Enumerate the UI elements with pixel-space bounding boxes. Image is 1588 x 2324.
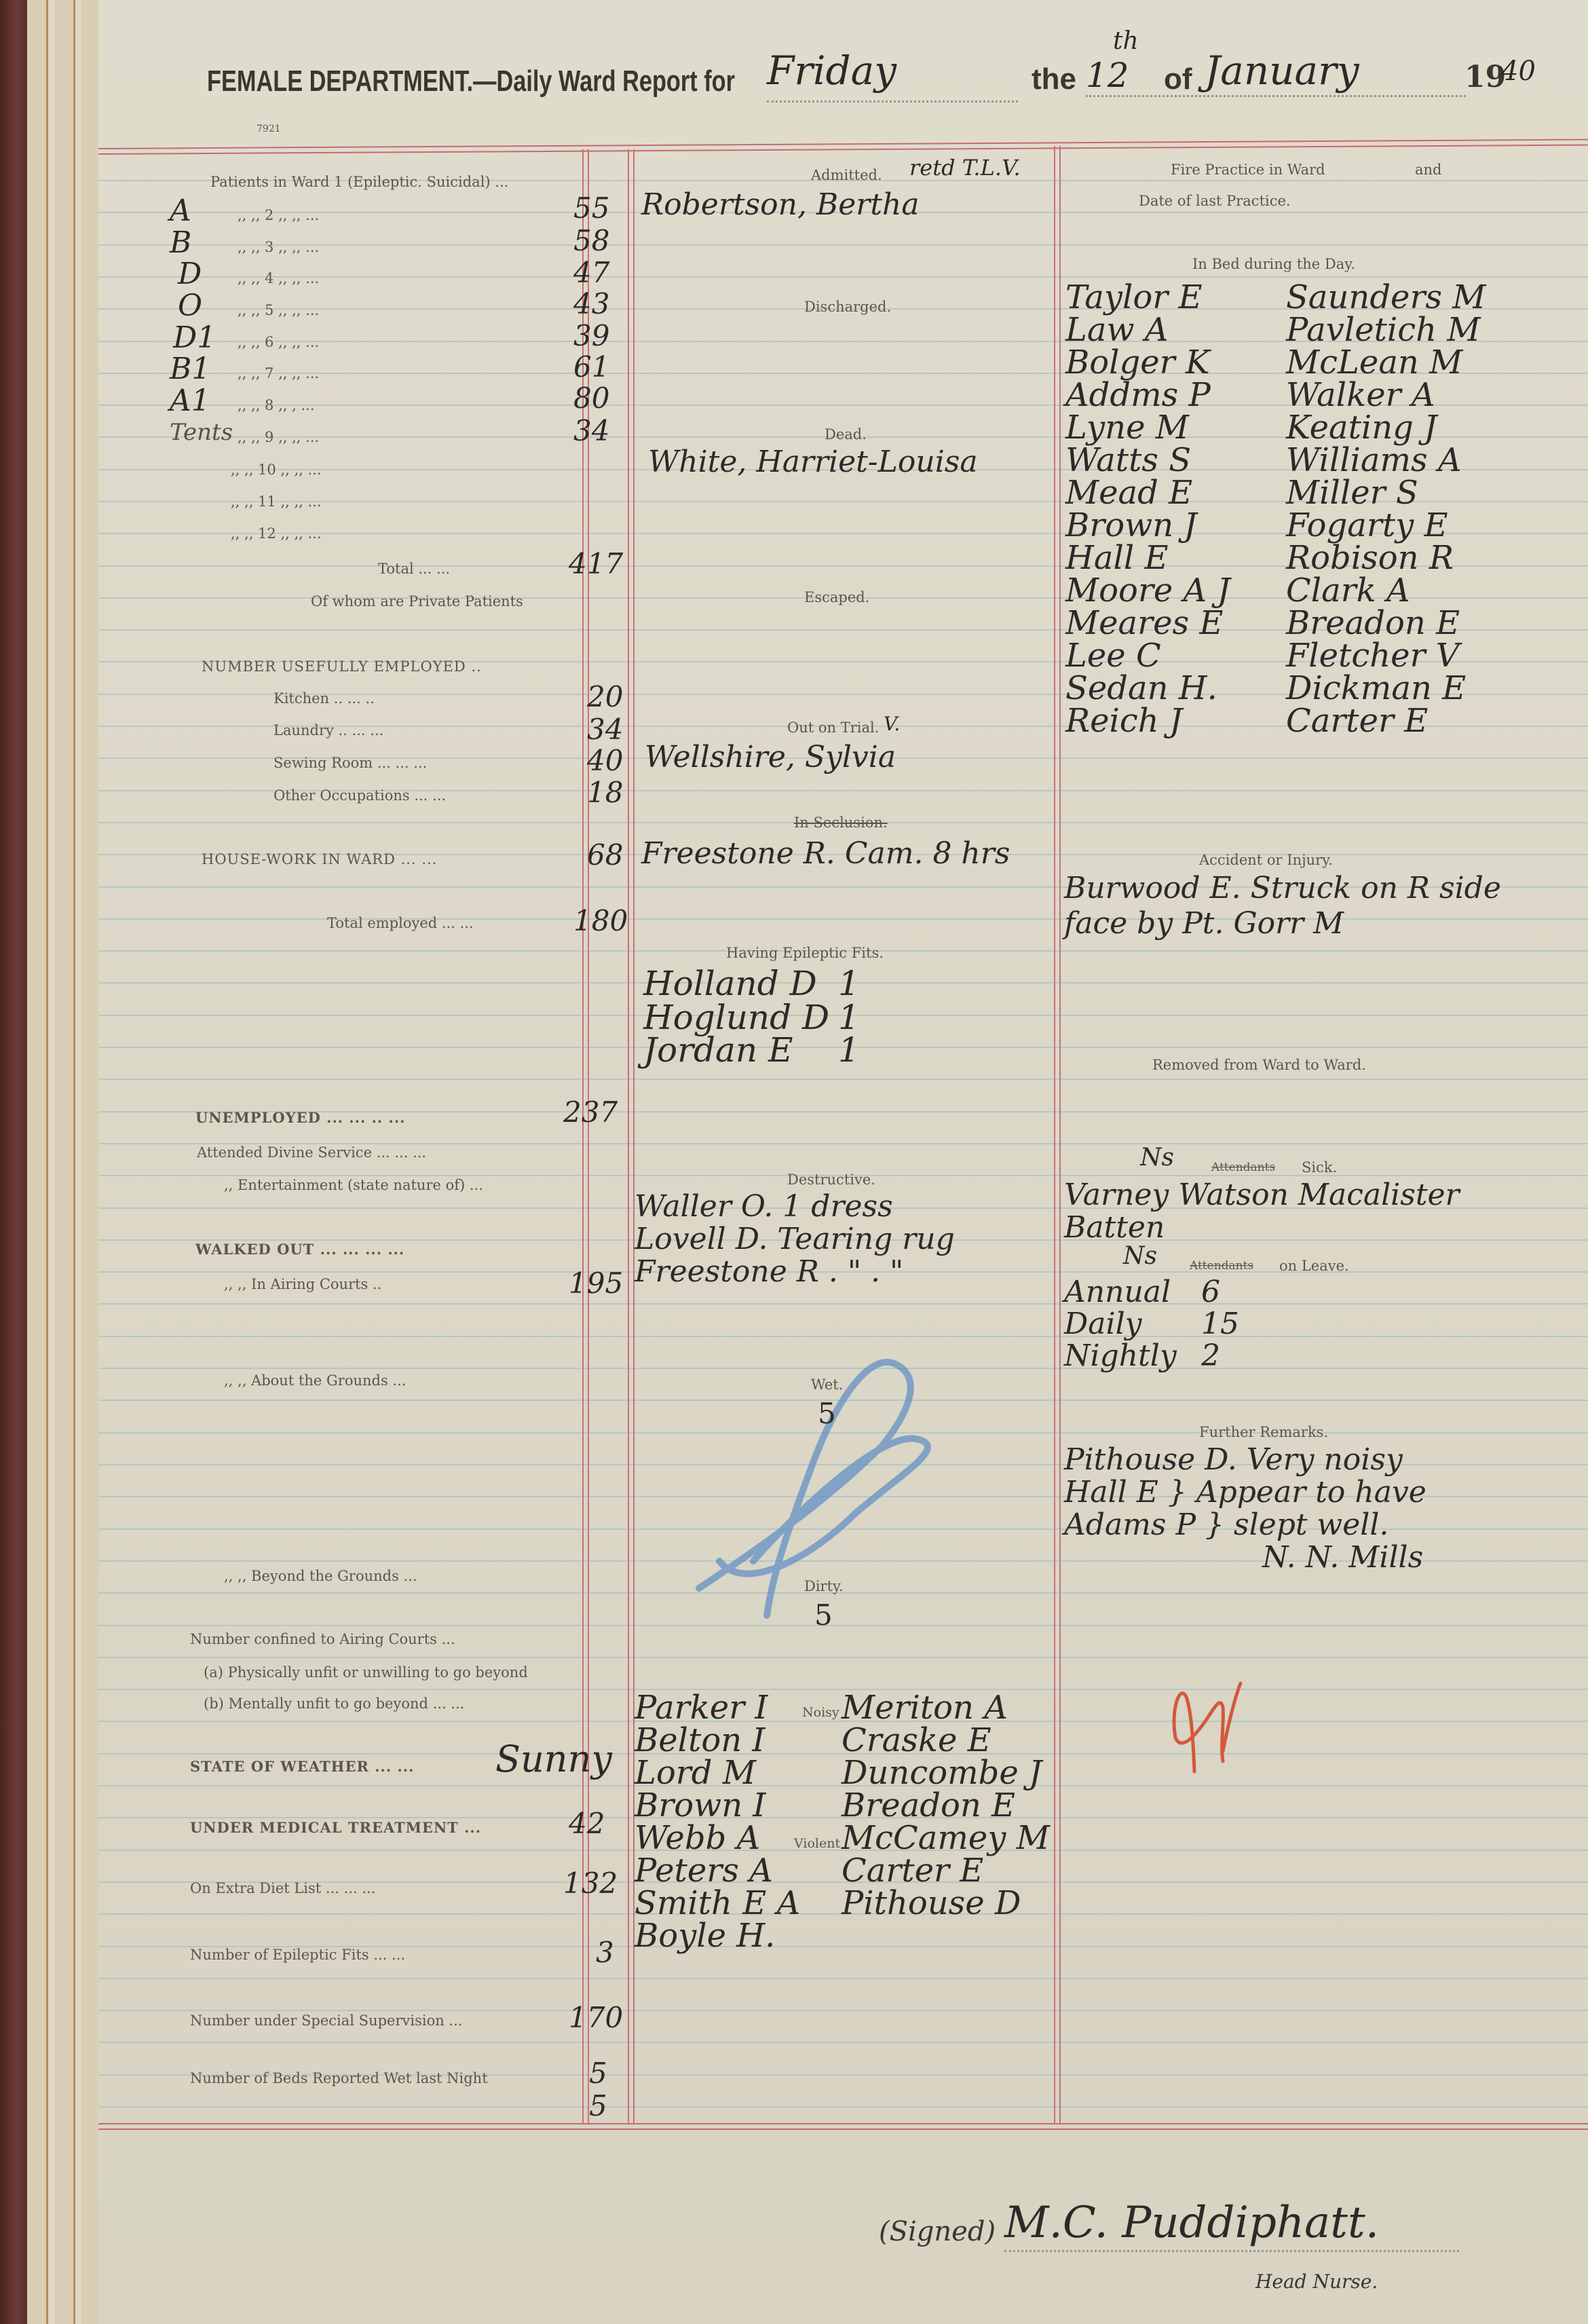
employed-heading: NUMBER USEFULLY EMPLOYED .. [202, 658, 482, 675]
fire-practice-and: and [1415, 162, 1442, 178]
ward-6-label: ,, ,, 6 ,, ,, ... [238, 334, 319, 350]
in-bed-entry: Carter E [1286, 702, 1428, 740]
date-suffix: th [1113, 27, 1139, 55]
ward-2-mark: A [170, 193, 191, 228]
noisy-violent-entry: Pithouse D [842, 1884, 1021, 1922]
leave-type: Daily [1064, 1307, 1142, 1341]
ward-9-mark: Tents [170, 419, 233, 446]
total-label: Total ... ... [378, 561, 450, 577]
epileptic-fits-value: 3 [596, 1936, 614, 1969]
noisy-violent-entry: Boyle H. [635, 1917, 775, 1955]
out-on-trial-note: V. [884, 713, 900, 735]
leave-type: Annual [1064, 1275, 1171, 1309]
red-pencil-initials-icon [1167, 1670, 1249, 1792]
sick-label: Sick. [1302, 1159, 1337, 1176]
day-dotline [767, 100, 1018, 102]
page-title: FEMALE DEPARTMENT.—Daily Ward Report for [207, 64, 735, 98]
report-date: 12 [1086, 56, 1129, 95]
ward-6-value: 39 [573, 319, 609, 352]
noisy-label: Noisy [802, 1705, 839, 1720]
leave-label-struck: Attendants [1190, 1259, 1253, 1273]
in-bed-label: In Bed during the Day. [1192, 256, 1355, 272]
year-handwritten: 40 [1501, 56, 1536, 87]
ward-3-value: 58 [573, 224, 609, 257]
leave-count: 15 [1201, 1307, 1239, 1341]
ward-7-label: ,, ,, 7 ,, ,, ... [238, 365, 319, 381]
report-month: January [1205, 48, 1359, 94]
weather-value: Sunny [495, 1738, 612, 1780]
ward-3-label: ,, ,, 3 ,, ,, ... [238, 239, 319, 255]
year-printed: 19 [1464, 60, 1506, 94]
beds-wet-label: Number of Beds Reported Wet last Night [190, 2070, 488, 2086]
dirty-value: 5 [814, 1598, 833, 1632]
column-divider-mid [628, 149, 635, 2124]
unemployed-label: UNEMPLOYED ... ... .. ... [195, 1109, 405, 1126]
physically-unfit-label: (a) Physically unfit or unwilling to go … [204, 1664, 528, 1681]
sick-entry: Batten [1064, 1210, 1165, 1245]
fire-practice-label: Fire Practice in Ward [1171, 162, 1325, 178]
dirty-label: Dirty. [804, 1578, 844, 1594]
accident-entry: face by Pt. Gorr M [1064, 906, 1344, 941]
medical-treatment-value: 42 [569, 1807, 605, 1840]
weather-label: STATE OF WEATHER ... ... [190, 1758, 414, 1775]
ward-5-mark: O [178, 288, 202, 323]
kitchen-value: 20 [587, 680, 623, 713]
sick-label-struck: Attendants [1211, 1161, 1275, 1174]
total-employed-value: 180 [573, 904, 628, 937]
column-divider-right [1054, 146, 1061, 2124]
destructive-entry: Waller O. 1 dress [635, 1189, 893, 1224]
about-grounds-label: ,, ,, About the Grounds ... [224, 1372, 406, 1389]
private-patients-label: Of whom are Private Patients [311, 593, 523, 610]
laundry-label: Laundry .. ... ... [273, 722, 383, 738]
epileptic-fits-label: Number of Epileptic Fits ... ... [190, 1947, 405, 1963]
special-supervision-label: Number under Special Supervision ... [190, 2012, 462, 2029]
ward-10-label: ,, ,, 10 ,, ,, ... [231, 462, 322, 478]
ward-11-label: ,, ,, 11 ,, ,, ... [231, 493, 322, 510]
epileptic-fits-heading: Having Epileptic Fits. [726, 945, 884, 961]
housework-label: HOUSE-WORK IN WARD ... ... [202, 851, 437, 867]
seclusion-label: In Seclusion. [794, 814, 888, 831]
accident-entry: Burwood E. Struck on R side [1064, 871, 1501, 905]
wet-value: 5 [818, 1397, 836, 1430]
confined-label: Number confined to Airing Courts ... [190, 1631, 455, 1647]
ward-2-value: 55 [573, 191, 609, 225]
other-occupations-label: Other Occupations ... ... [273, 787, 446, 804]
ruled-line [98, 918, 1588, 920]
escaped-label: Escaped. [804, 589, 869, 605]
other-occupations-value: 18 [587, 776, 623, 809]
ruled-line [98, 2010, 1588, 2011]
signer-role: Head Nurse. [1255, 2270, 1378, 2293]
entertainment-label: ,, Entertainment (state nature of) ... [224, 1177, 483, 1193]
out-on-trial-entry: Wellshire, Sylvia [645, 740, 896, 774]
admitted-entry: Robertson, Bertha [641, 187, 920, 222]
violent-label: Violent [794, 1836, 840, 1851]
signature: M.C. Puddiphatt. [1004, 2198, 1379, 2248]
medical-treatment-label: UNDER MEDICAL TREATMENT ... [190, 1819, 481, 1836]
walked-out-label: WALKED OUT ... ... ... ... [195, 1241, 404, 1258]
ward-1-label: Patients in Ward 1 (Epileptic. Suicidal)… [210, 174, 508, 190]
ruled-line [98, 1303, 1588, 1305]
book-spine [0, 0, 27, 2324]
ward-4-mark: D [178, 257, 202, 291]
ward-4-value: 47 [573, 256, 609, 289]
fits-entry-count: 1 [838, 1030, 860, 1070]
remark-line: Hall E } Appear to have [1064, 1475, 1426, 1510]
divine-service-label: Attended Divine Service ... ... ... [197, 1144, 426, 1161]
remarks-label: Further Remarks. [1199, 1424, 1328, 1440]
beyond-grounds-label: ,, ,, Beyond the Grounds ... [224, 1568, 417, 1584]
seclusion-entry: Freestone R. Cam. 8 hrs [641, 836, 1010, 871]
discharged-label: Discharged. [804, 299, 891, 315]
ruled-line [98, 2106, 1588, 2107]
ruled-line [98, 2042, 1588, 2043]
leave-count: 2 [1201, 1338, 1220, 1373]
unemployed-value: 237 [563, 1095, 618, 1129]
beds-wet-value: 5 [589, 2057, 607, 2090]
dead-label: Dead. [825, 426, 867, 443]
admitted-label: Admitted. [811, 167, 882, 183]
ward-8-mark: A1 [170, 383, 210, 418]
ward-9-value: 34 [573, 414, 609, 447]
beds-wet-value-2: 5 [589, 2089, 607, 2122]
kitchen-label: Kitchen .. ... .. [273, 690, 375, 707]
ruled-line [98, 1978, 1588, 1979]
remark-line: Pithouse D. Very noisy [1064, 1442, 1403, 1477]
wet-label: Wet. [811, 1376, 843, 1393]
remark-signature: N. N. Mills [1262, 1540, 1423, 1575]
sewing-room-value: 40 [587, 744, 623, 777]
month-dotline [1086, 95, 1466, 97]
ruled-line [98, 1657, 1588, 1658]
ward-7-value: 61 [573, 350, 609, 383]
the-label: the [1032, 62, 1076, 96]
housework-value: 68 [587, 838, 623, 871]
removed-label: Removed from Ward to Ward. [1152, 1057, 1366, 1073]
extra-diet-value: 132 [563, 1867, 618, 1900]
sewing-room-label: Sewing Room ... ... ... [273, 755, 427, 771]
ward-8-label: ,, ,, 8 ,, , ... [238, 397, 315, 413]
ruled-line [98, 276, 1588, 278]
destructive-label: Destructive. [787, 1172, 875, 1188]
total-value: 417 [569, 547, 623, 580]
leave-prefix: Ns [1123, 1242, 1157, 1270]
laundry-value: 34 [587, 713, 623, 746]
leave-count: 6 [1201, 1275, 1220, 1309]
signature-dotline [1004, 2250, 1459, 2252]
airing-courts-value: 195 [569, 1267, 623, 1300]
form-number: 7921 [257, 124, 281, 134]
mentally-unfit-label: (b) Mentally unfit to go beyond ... ... [204, 1695, 464, 1712]
bottom-red-rule [98, 2123, 1588, 2130]
total-employed-label: Total employed ... ... [327, 915, 474, 931]
fits-entry-name: Jordan E [643, 1030, 793, 1070]
dead-entry: White, Harriet-Louisa [648, 445, 978, 479]
ward-6-mark: D1 [173, 320, 216, 355]
ward-12-label: ,, ,, 12 ,, ,, ... [231, 525, 322, 542]
signed-label: (Signed) [879, 2216, 996, 2247]
sick-entry: Varney Watson Macalister [1064, 1178, 1460, 1212]
remark-line: Adams P } slept well. [1064, 1507, 1388, 1542]
ruled-line [98, 244, 1588, 246]
leave-type: Nightly [1064, 1338, 1177, 1373]
special-supervision-value: 170 [569, 2001, 623, 2034]
airing-courts-label: ,, ,, In Airing Courts .. [224, 1276, 381, 1292]
ward-2-label: ,, ,, 2 ,, ,, ... [238, 207, 319, 223]
ward-7-mark: B1 [170, 352, 210, 386]
ward-5-value: 43 [573, 287, 609, 320]
ruled-line [98, 1079, 1588, 1080]
ward-9-label: ,, ,, 9 ,, ,, ... [238, 429, 319, 445]
accident-label: Accident or Injury. [1199, 852, 1333, 868]
in-bed-entry: Reich J [1065, 702, 1182, 740]
sick-prefix: Ns [1140, 1144, 1174, 1172]
extra-diet-label: On Extra Diet List ... ... ... [190, 1880, 375, 1896]
page-edges [27, 0, 98, 2324]
ward-4-label: ,, ,, 4 ,, ,, ... [238, 270, 319, 286]
date-last-practice-label: Date of last Practice. [1139, 193, 1291, 209]
admitted-note: retd T.L.V. [909, 155, 1021, 181]
destructive-entry: Freestone R . " . " [635, 1254, 903, 1289]
leave-label: on Leave. [1279, 1258, 1349, 1274]
of-label: of [1164, 62, 1192, 96]
ward-3-mark: B [170, 225, 191, 260]
ward-8-value: 80 [573, 381, 609, 415]
report-day: Friday [767, 48, 896, 94]
out-on-trial-label: Out on Trial. [787, 719, 879, 736]
ward-5-label: ,, ,, 5 ,, ,, ... [238, 302, 319, 318]
destructive-entry: Lovell D. Tearing rug [635, 1222, 955, 1256]
